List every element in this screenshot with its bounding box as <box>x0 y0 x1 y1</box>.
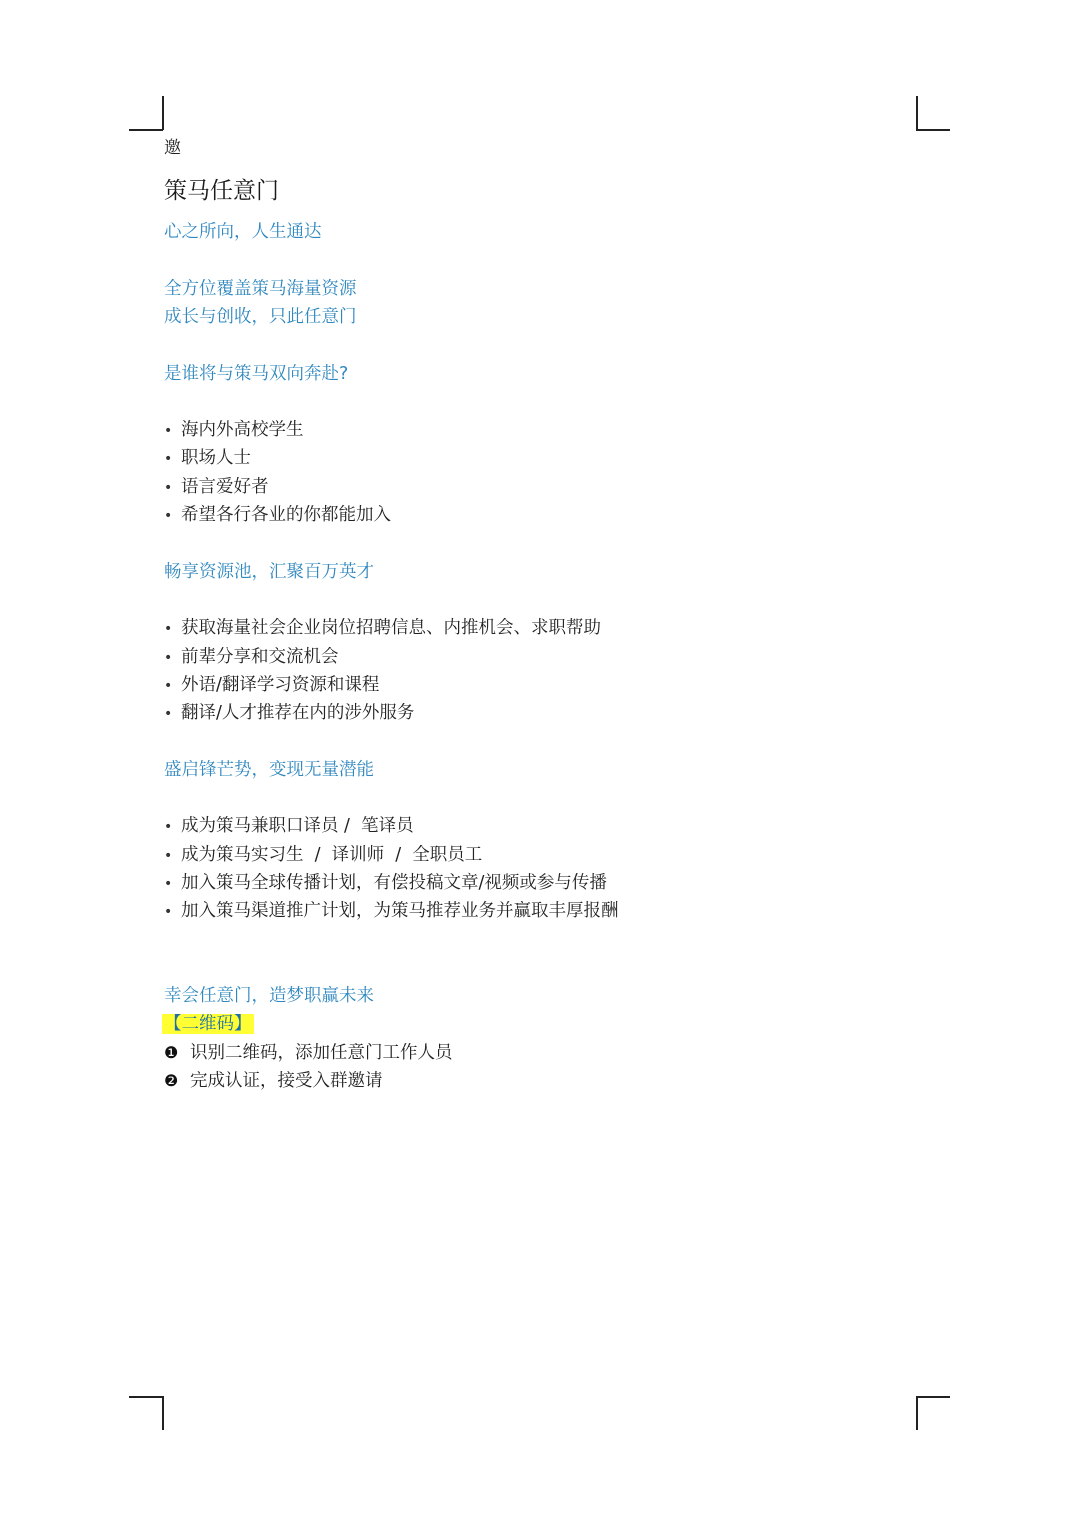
crop-mark-top-right-v <box>916 96 918 130</box>
step-item: ❶识别二维码，添加任意门工作人员 <box>164 1039 453 1064</box>
page-title: 策马任意门 <box>164 172 279 205</box>
crop-mark-top-right-h <box>916 129 950 131</box>
bullet-icon: • <box>164 621 181 637</box>
qr-code-placeholder: 【二维码】 <box>162 1010 254 1035</box>
list-item: •成为策马兼职口译员 / 笔译员 <box>164 812 414 837</box>
bullet-icon: • <box>164 423 181 439</box>
section-heading: 畅享资源池，汇聚百万英才 <box>164 558 374 583</box>
crop-mark-bottom-right-h <box>916 1396 950 1398</box>
header-char: 邀 <box>164 133 181 158</box>
bullet-icon: • <box>164 508 181 524</box>
step-number-2-icon: ❷ <box>164 1071 190 1090</box>
bullet-icon: • <box>164 904 181 920</box>
bullet-icon: • <box>164 706 181 722</box>
crop-mark-top-left-v <box>162 96 164 130</box>
bullet-icon: • <box>164 848 181 864</box>
section-heading: 是谁将与策马双向奔赴? <box>164 360 348 385</box>
list-item: •翻译/人才推荐在内的涉外服务 <box>164 699 414 724</box>
crop-mark-bottom-left-v <box>162 1396 164 1430</box>
bullet-icon: • <box>164 876 181 892</box>
list-item: •获取海量社会企业岗位招聘信息、内推机会、求职帮助 <box>164 614 601 639</box>
intro-line: 全方位覆盖策马海量资源 <box>164 275 357 300</box>
list-item: •希望各行各业的你都能加入 <box>164 501 391 526</box>
list-item: •加入策马渠道推广计划，为策马推荐业务并赢取丰厚报酬 <box>164 897 619 922</box>
bullet-icon: • <box>164 819 181 835</box>
qr-label: 【二维码】 <box>162 1014 254 1034</box>
list-item: •职场人士 <box>164 444 251 469</box>
list-item: •海内外高校学生 <box>164 416 304 441</box>
bullet-icon: • <box>164 480 181 496</box>
crop-mark-top-left-h <box>129 129 163 131</box>
section-heading: 盛启锋芒势，变现无量潜能 <box>164 756 374 781</box>
step-item: ❷完成认证，接受入群邀请 <box>164 1067 383 1092</box>
list-item: •加入策马全球传播计划，有偿投稿文章/视频或参与传播 <box>164 869 607 894</box>
tagline: 心之所向，人生通达 <box>164 218 322 243</box>
intro-line: 成长与创收，只此任意门 <box>164 303 357 328</box>
closing-heading: 幸会任意门，造梦职赢未来 <box>164 982 374 1007</box>
list-item: •语言爱好者 <box>164 473 269 498</box>
list-item: •成为策马实习生 / 译训师 / 全职员工 <box>164 841 482 866</box>
crop-mark-bottom-left-h <box>129 1396 163 1398</box>
list-item: •前辈分享和交流机会 <box>164 643 339 668</box>
bullet-icon: • <box>164 451 181 467</box>
list-item: •外语/翻译学习资源和课程 <box>164 671 379 696</box>
crop-mark-bottom-right-v <box>916 1396 918 1430</box>
bullet-icon: • <box>164 650 181 666</box>
bullet-icon: • <box>164 678 181 694</box>
step-number-1-icon: ❶ <box>164 1043 190 1062</box>
